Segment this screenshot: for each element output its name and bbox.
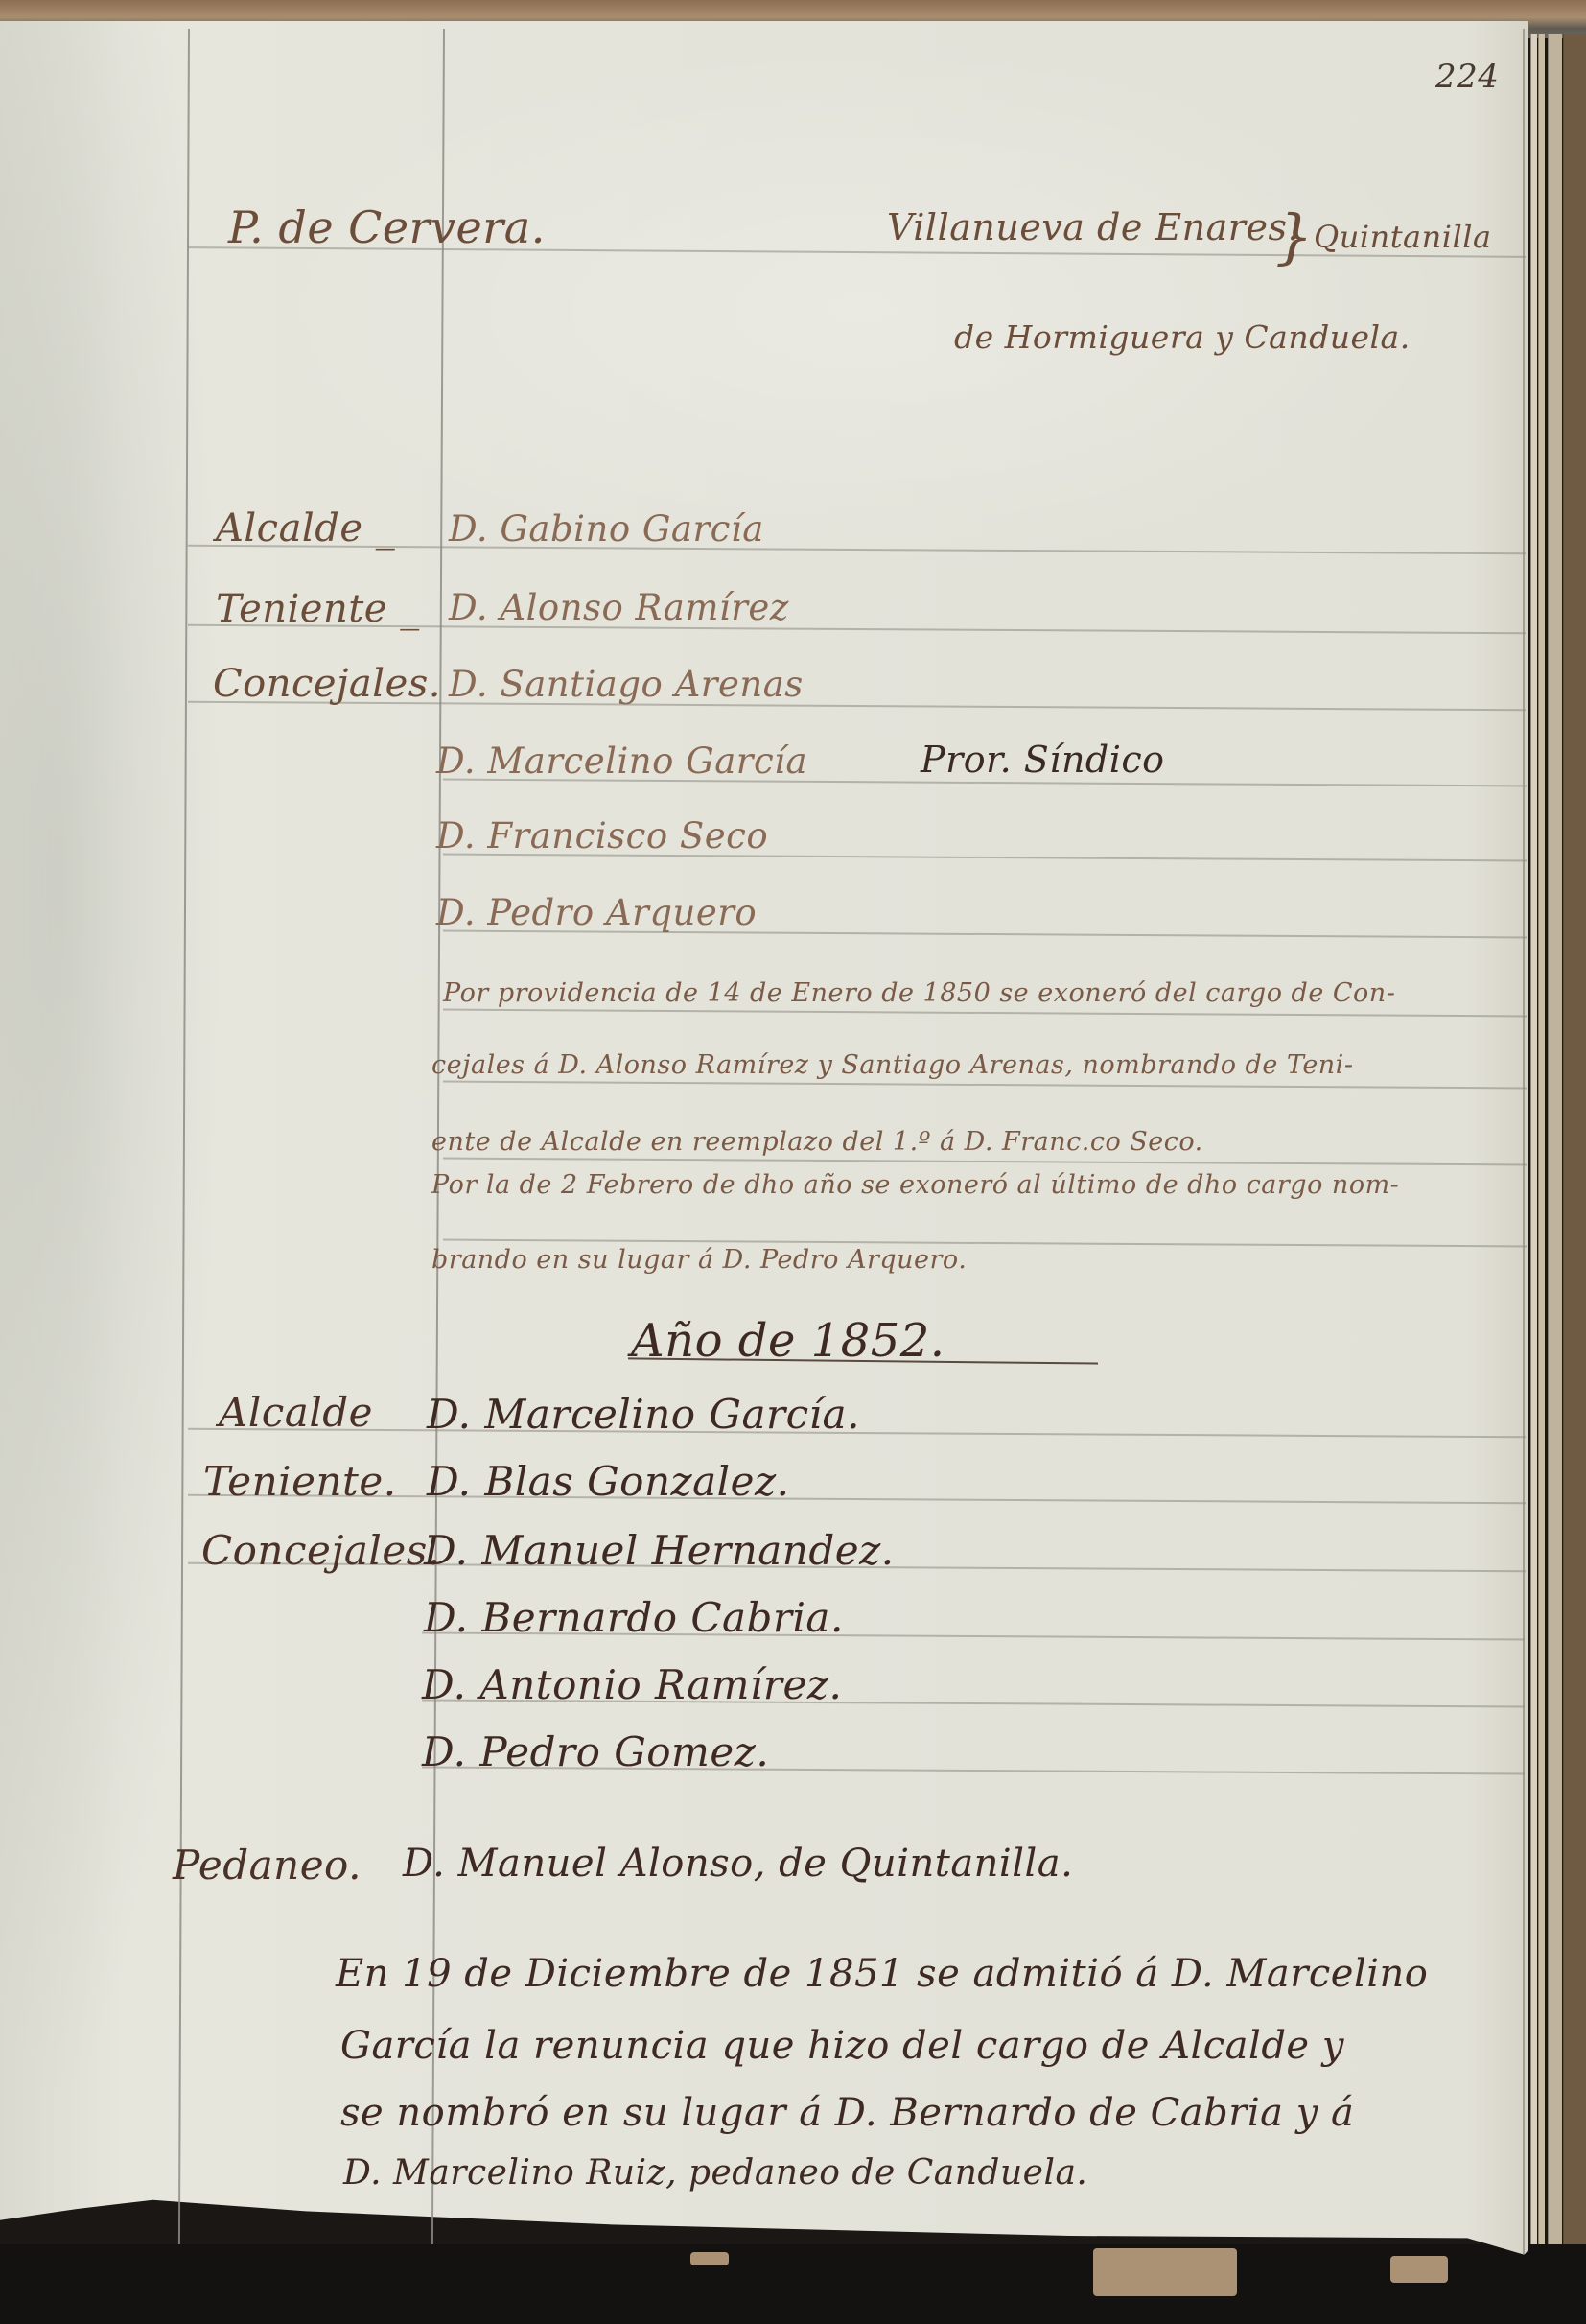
role-label: Teniente _ [216, 587, 420, 631]
role-label: Alcalde [219, 1389, 373, 1436]
member-name: D. Antonio Ramírez. [422, 1661, 842, 1708]
scan-background [0, 2244, 1586, 2324]
page-leaf-edge [1548, 34, 1562, 2278]
member-name: D. Marcelino García. [427, 1391, 860, 1438]
paper-tear [690, 2252, 729, 2265]
register-page-scan: 224 P. de Cervera. Villanueva de Enares.… [0, 0, 1586, 2324]
brace-symbol: } [1275, 201, 1314, 271]
final-note-line: se nombró en su lugar á D. Bernardo de C… [340, 2091, 1354, 2135]
note-line: brando en su lugar á D. Pedro Arquero. [431, 1245, 967, 1275]
member-name: D. Bernardo Cabria. [424, 1594, 844, 1641]
final-note-line: En 19 de Diciembre de 1851 se admitió á … [336, 1952, 1428, 1996]
page-leaf-edge [1538, 34, 1545, 2278]
page-number: 224 [1435, 58, 1499, 96]
note-line: cejales á D. Alonso Ramírez y Santiago A… [431, 1050, 1353, 1080]
right-margin-rule [1523, 29, 1525, 2254]
town-name: Villanueva de Enares. [887, 206, 1299, 248]
pedaneo-name: D. Manuel Alonso, de Quintanilla. [403, 1842, 1073, 1886]
member-name: D. Francisco Seco [436, 815, 768, 857]
member-name: D. Pedro Arquero [436, 892, 757, 933]
town-heading-continued: Quintanilla [1314, 219, 1492, 255]
district-heading: P. de Cervera. [228, 201, 546, 253]
member-name: D. Pedro Gomez. [422, 1728, 769, 1775]
role-label: Concejales. [201, 1527, 441, 1574]
final-note-line: García la renuncia que hizo del cargo de… [340, 2024, 1344, 2068]
final-note-line: D. Marcelino Ruiz, pedaneo de Canduela. [343, 2153, 1087, 2193]
pedaneo-label: Pedaneo. [173, 1842, 362, 1889]
town-heading: Villanueva de Enares. [887, 206, 1299, 248]
note-line: Por providencia de 14 de Enero de 1850 s… [443, 978, 1395, 1008]
paper-tear [1093, 2248, 1237, 2296]
member-name: D. Santiago Arenas [449, 664, 804, 705]
member-name: D. Alonso Ramírez [449, 587, 789, 628]
syndic-title: Pror. Síndico [921, 739, 1165, 781]
note-line: Por la de 2 Febrero de dho año se exoner… [431, 1170, 1399, 1200]
member-name: D. Gabino García [449, 508, 764, 550]
role-label: Teniente. [203, 1458, 397, 1505]
role-label: Alcalde _ [216, 506, 395, 551]
member-name: D. Manuel Hernandez. [424, 1527, 895, 1574]
page-leaf-edge [1530, 34, 1537, 2278]
role-label: Concejales. [213, 662, 441, 706]
book-cover-edge [1563, 34, 1586, 2278]
note-line: ente de Alcalde en reemplazo del 1.º á D… [431, 1127, 1203, 1157]
member-name: D. Marcelino García [436, 740, 807, 782]
town-heading-line2: de Hormiguera y Canduela. [954, 318, 1411, 356]
paper-tear [1390, 2256, 1448, 2283]
member-name: D. Blas Gonzalez. [427, 1458, 789, 1505]
